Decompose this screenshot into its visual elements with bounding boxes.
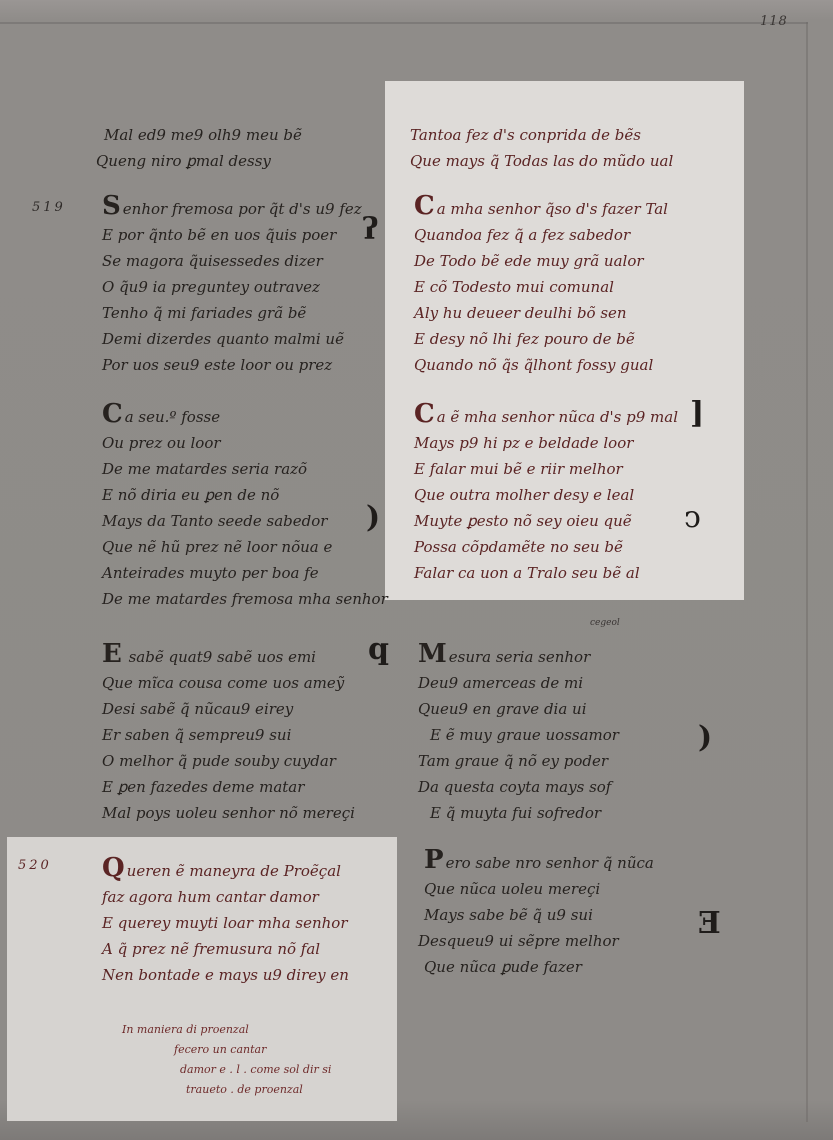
verse-line: Mays p9 hi pz e beldade loor [414,430,678,456]
verse-line: Nen bontade e mays u9 direy en [102,962,349,988]
verse-line: ueren ẽ maneyra de Proẽçal [127,862,341,880]
paragraph-mark-icon: ) [366,500,380,535]
marginal-note: damor e . l . come sol dir si [180,1060,331,1080]
paragraph-mark-icon: ↄ [684,500,701,535]
verse-line: a mha senhor q̃so d's fazer Tal [437,200,668,218]
verse-line: Demi dizerdes quanto malmi uẽ [102,326,362,352]
verse-line: Mal ed9 me9 olh9 meu bẽ [104,122,302,148]
verse-line: E falar mui bẽ e riir melhor [414,456,678,482]
verse-line: sabẽ quat9 sabẽ uos emi [124,648,316,666]
left-stanza-4: E sabẽ quat9 sabẽ uos emi Que mĩca cousa… [102,644,355,826]
poem-number: 519 [32,200,66,215]
verse-line: E q̃ muyta fui sofredor [430,800,619,826]
verse-line: De Todo bẽ ede muy grã ualor [414,248,668,274]
marginal-note: traueto . de proenzal [186,1080,303,1100]
right-stanza-1: Tantoa fez d's conprida de bẽs Que mays … [410,122,673,174]
verse-line: Por uos seu9 este loor ou prez [102,352,362,378]
verse-line: E ẽ muy graue uossamor [430,722,619,748]
verse-line: Falar ca uon a Tralo seu bẽ al [414,560,678,586]
verse-line: Quandoa fez q̃ a fez sabedor [414,222,668,248]
initial-letter: Q [102,853,125,883]
paragraph-mark-icon: ) [698,720,712,755]
paragraph-mark-icon: ʔ [362,212,379,247]
verse-line: E desy nõ lhi fez pouro de bẽ [414,326,668,352]
verse-line: E por q̃nto bẽ en uos q̃uis poer [102,222,362,248]
left-stanza-3: Ca seu.º fosse Ou prez ou loor De me mat… [102,404,388,612]
paragraph-mark-icon: q [368,632,389,667]
verse-line: E querey muyti loar mha senhor [102,910,349,936]
verse-line: Que mĩca cousa come uos ameỹ [102,670,355,696]
verse-line: Quando nõ q̃s q̃lhont fossy gual [414,352,668,378]
verse-line: Da questa coyta mays sof [418,774,619,800]
initial-letter: P [424,845,444,875]
verse-line: Deu9 amerceas de mi [418,670,619,696]
left-stanza-1: Mal ed9 me9 olh9 meu bẽ Queng niro ꝑmal … [104,122,302,174]
left-stanza-2: Senhor fremosa por q̃t d's u9 fez E por … [102,196,362,378]
verse-line: Queu9 en grave dia ui [418,696,619,722]
page-edge [806,22,808,1122]
right-stanza-4: Mesura seria senhor Deu9 amerceas de mi … [418,644,619,826]
marginal-note: fecero un cantar [174,1040,266,1060]
initial-letter: E [102,639,122,669]
verse-line: Que nẽ hũ prez nẽ loor nõua e [102,534,388,560]
verse-line: E nõ diria eu ꝑen de nõ [102,482,388,508]
verse-line: Ou prez ou loor [102,430,388,456]
verse-line: Anteirades muyto per boa fe [102,560,388,586]
initial-letter: S [102,191,121,221]
marginal-gloss: cegeol [590,618,620,628]
manuscript-page: 118 Mal ed9 me9 olh9 meu bẽ Queng niro ꝑ… [0,0,833,1140]
verse-line: enhor fremosa por q̃t d's u9 fez [123,200,362,218]
verse-line: a seu.º fosse [125,408,220,426]
right-stanza-3: Ca ẽ mha senhor nũca d's p9 mal Mays p9 … [414,404,678,586]
verse-line: Que nũca ꝑude fazer [424,954,654,980]
verse-line: Muyte ꝑesto nõ sey oieu quẽ [414,508,678,534]
right-stanza-2: Ca mha senhor q̃so d's fazer Tal Quandoa… [414,196,668,378]
paragraph-mark-icon: ] [690,396,704,431]
verse-line: Tantoa fez d's conprida de bẽs [410,122,673,148]
verse-line: Se magora q̃uisessedes dizer [102,248,362,274]
initial-letter: M [418,639,447,669]
verse-line: Possa cõpdamẽte no seu bẽ [414,534,678,560]
verse-line: De me matardes fremosa mha senhor [102,586,388,612]
folio-number: 118 [760,14,788,29]
marginal-note: In maniera di proenzal [122,1020,249,1040]
verse-line: Mays da Tanto seede sabedor [102,508,388,534]
initial-letter: C [414,191,435,221]
verse-line: E ꝑen fazedes deme matar [102,774,355,800]
verse-line: E cõ Todesto mui comunal [414,274,668,300]
paragraph-mark-icon: Ǝ [698,906,721,941]
verse-line: Er saben q̃ sempreu9 sui [102,722,355,748]
verse-line: Que nũca uoleu mereçi [424,876,654,902]
initial-letter: C [102,399,123,429]
verse-line: Tam graue q̃ nõ ey poder [418,748,619,774]
verse-line: Desi sabẽ q̃ nũcau9 eirey [102,696,355,722]
right-stanza-5: Pero sabe nro senhor q̃ nũca Que nũca uo… [424,850,654,980]
verse-line: Que outra molher desy e leal [414,482,678,508]
verse-line: O q̃u9 ia preguntey outravez [102,274,362,300]
page-edge [0,22,808,24]
verse-line: ero sabe nro senhor q̃ nũca [446,854,654,872]
initial-letter: C [414,399,435,429]
verse-line: Que mays q̃ Todas las do mũdo ual [410,148,673,174]
verse-line: Mal poys uoleu senhor nõ mereçi [102,800,355,826]
verse-line: Desqueu9 ui sẽpre melhor [418,928,654,954]
left-stanza-5: Queren ẽ maneyra de Proẽçal faz agora hu… [102,858,349,988]
verse-line: a ẽ mha senhor nũca d's p9 mal [437,408,678,426]
verse-line: Mays sabe bẽ q̃ u9 sui [424,902,654,928]
poem-number: 520 [18,858,52,873]
verse-line: Aly hu deueer deulhi bõ sen [414,300,668,326]
verse-line: De me matardes seria razõ [102,456,388,482]
verse-line: Queng niro ꝑmal dessy [96,148,302,174]
verse-line: esura seria senhor [449,648,590,666]
verse-line: O melhor q̃ pude souby cuydar [102,748,355,774]
verse-line: A q̃ prez nẽ fremusura nõ fal [102,936,349,962]
verse-line: Tenho q̃ mi fariades grã bẽ [102,300,362,326]
verse-line: faz agora hum cantar damor [102,884,349,910]
